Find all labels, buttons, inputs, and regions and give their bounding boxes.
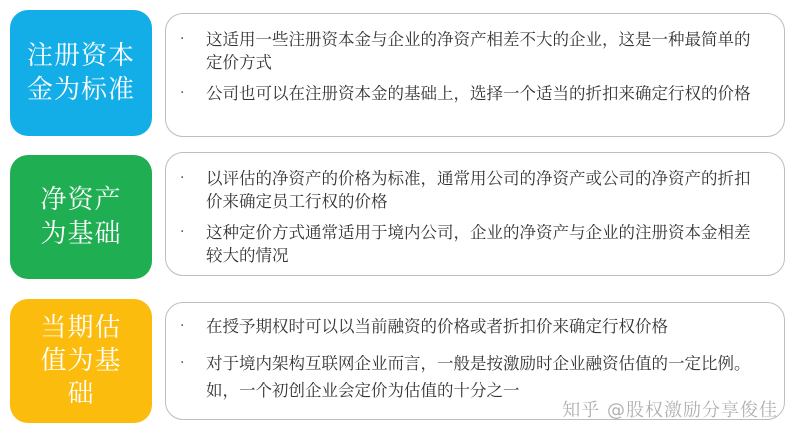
label-line: 当期估	[40, 312, 121, 345]
item-text: 在授予期权时可以以当前融资的价格或者折扣价来确定行权价格	[206, 315, 764, 338]
item-text: 这适用一些注册资本金与企业的净资产相差不大的企业，这是一种最简单的定价方式	[206, 28, 764, 74]
list-item: · 这适用一些注册资本金与企业的净资产相差不大的企业，这是一种最简单的定价方式	[180, 28, 764, 74]
list-item: · 这种定价方式通常适用于境内公司，企业的净资产与企业的注册资本金相差较大的情况	[180, 221, 764, 267]
watermark: 知乎 @股权激励分享俊佳	[562, 396, 778, 422]
bullet: ·	[180, 221, 206, 267]
bullet: ·	[180, 167, 206, 213]
label-current-valuation: 当期估 值为基 础	[10, 299, 152, 423]
label-line: 为基础	[40, 217, 121, 251]
label-registered-capital: 注册资本 金为标准	[10, 10, 152, 136]
content-registered-capital: · 这适用一些注册资本金与企业的净资产相差不大的企业，这是一种最简单的定价方式 …	[165, 13, 785, 137]
label-line: 础	[40, 378, 121, 411]
list-item: · 以评估的净资产的价格为标准，通常用公司的净资产或公司的净资产的折扣价来确定员…	[180, 167, 764, 213]
item-text: 公司也可以在注册资本金的基础上，选择一个适当的折扣来确定行权的价格	[206, 82, 764, 105]
item-text: 以评估的净资产的价格为标准，通常用公司的净资产或公司的净资产的折扣价来确定员工行…	[206, 167, 764, 213]
content-net-assets: · 以评估的净资产的价格为标准，通常用公司的净资产或公司的净资产的折扣价来确定员…	[165, 152, 785, 276]
bullet: ·	[180, 28, 206, 74]
bullet: ·	[180, 350, 206, 404]
list-item: · 公司也可以在注册资本金的基础上，选择一个适当的折扣来确定行权的价格	[180, 82, 764, 105]
label-net-assets: 净资产 为基础	[10, 155, 152, 279]
bullet: ·	[180, 315, 206, 338]
label-line: 净资产	[40, 183, 121, 217]
label-line: 值为基	[40, 345, 121, 378]
list-item: · 在授予期权时可以以当前融资的价格或者折扣价来确定行权价格	[180, 315, 764, 338]
label-line: 注册资本	[27, 39, 135, 73]
label-line: 金为标准	[27, 73, 135, 107]
item-text: 这种定价方式通常适用于境内公司，企业的净资产与企业的注册资本金相差较大的情况	[206, 221, 764, 267]
bullet: ·	[180, 82, 206, 105]
